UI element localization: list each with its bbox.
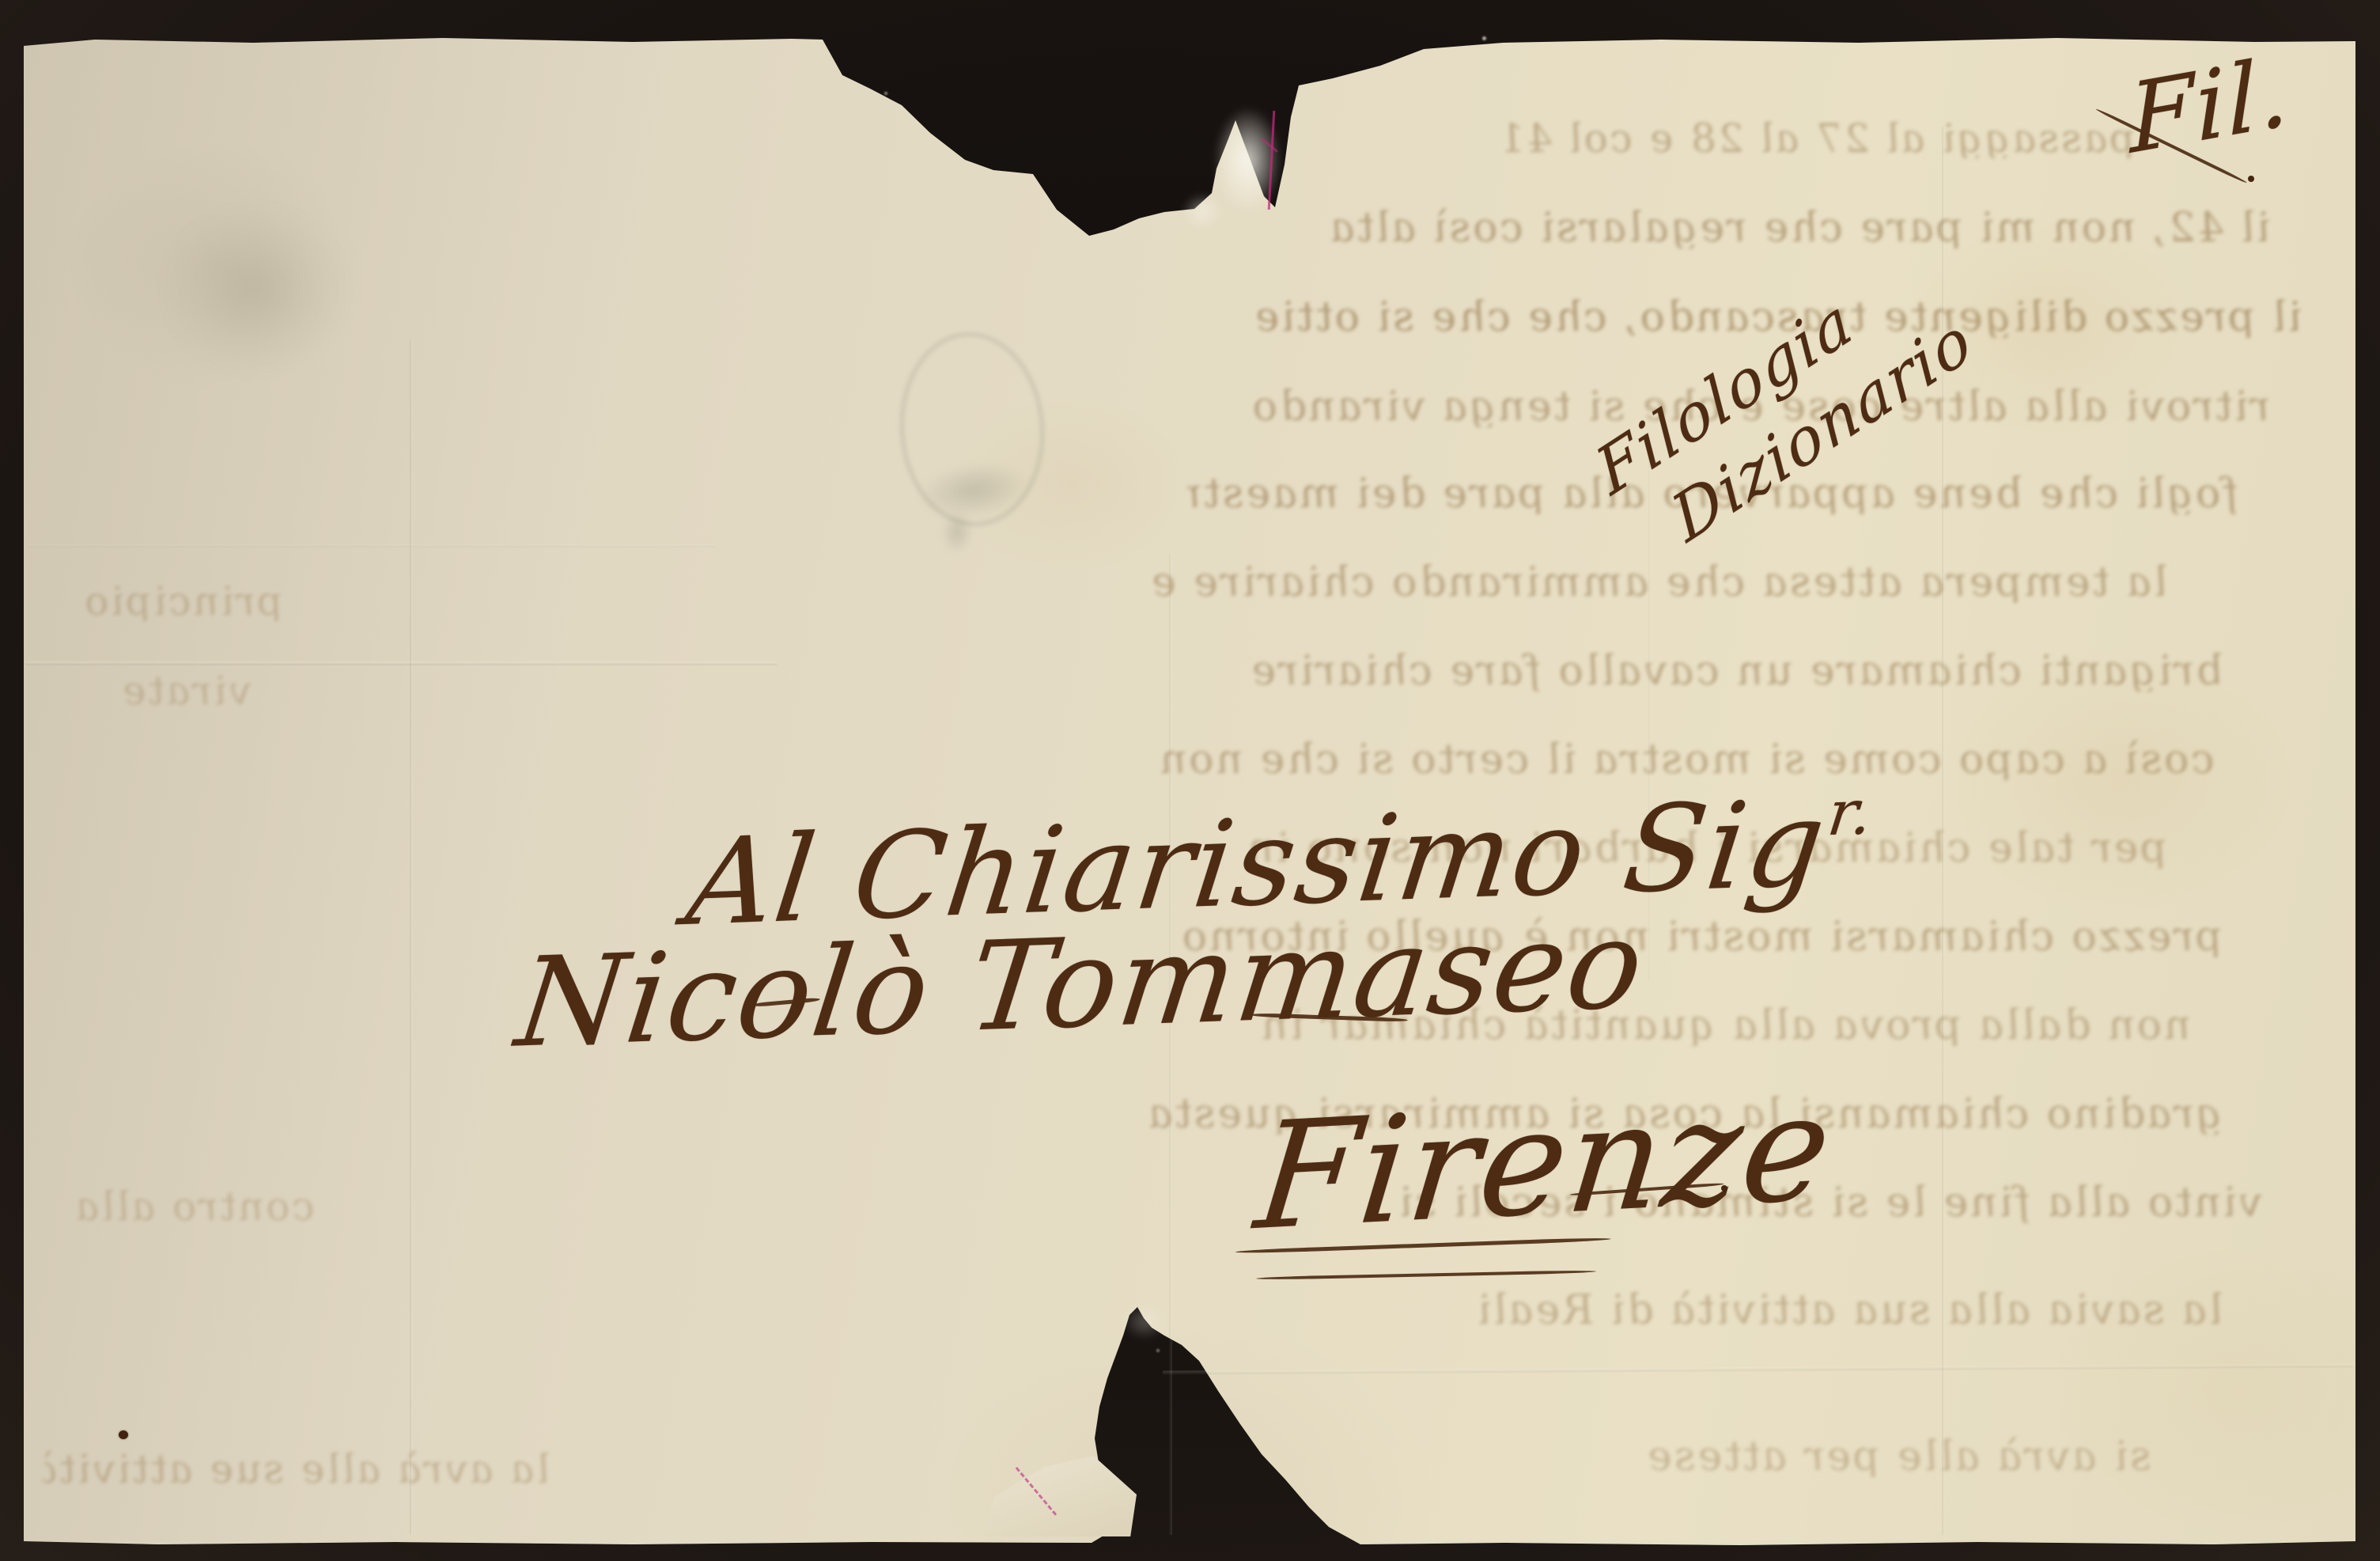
embossed-seal-smudge [158, 200, 352, 378]
torn-fibre-patch-bottom [1123, 1304, 1167, 1339]
bleedthrough-line: virate [43, 671, 254, 710]
dust-speck-3 [1156, 1349, 1160, 1352]
dust-speck-2 [884, 92, 887, 95]
filing-mark: Fil. [2128, 44, 2291, 169]
fold-crease-vertical-left [410, 340, 413, 1535]
bleedthrough-line: passaggi al 27 al 28 e col 41 [1341, 119, 2138, 158]
bleedthrough-line: la savia alla sua attività di Reali [1175, 1290, 2225, 1331]
bleedthrough-line: si avrà alle per attese [1215, 1436, 2154, 1477]
fold-crease-horizontal-left [25, 661, 777, 665]
address-line-3-flourish-dot [1721, 1185, 1727, 1192]
fold-crease-horizontal-upperleft [28, 544, 716, 547]
scanned-letter-photograph: passaggi al 27 al 28 e col 41il 42, non … [0, 0, 2380, 1561]
bleedthrough-line: così a capo come si mostra il certo si c… [1104, 739, 2217, 780]
ink-spot [119, 1430, 128, 1439]
address-line-3: Firenze [1250, 1074, 1838, 1251]
bleedthrough-line: principio [43, 582, 286, 621]
bleedthrough-line: la tempera attesa che ammirando chiarire… [1136, 562, 2170, 603]
address-line-2: Nicolò Tommaseo [511, 902, 1651, 1064]
address-line-1-superscript: r. [1824, 777, 1877, 850]
bleedthrough-line: contro alla [43, 1187, 317, 1226]
bleedthrough-line: briganti chiamare un cavallo fare chiari… [1088, 650, 2225, 691]
torn-fibre-patch-top-small [1182, 194, 1222, 229]
dust-speck-1 [1482, 36, 1486, 40]
postal-stamp-tail [941, 510, 973, 554]
bleedthrough-line: il 42, non mi pare che regalarsi così al… [1294, 207, 2272, 248]
bleedthrough-line: la avrà alle sue attività dei Reali [40, 1449, 552, 1489]
filing-mark-flourish-dot [2248, 176, 2254, 182]
